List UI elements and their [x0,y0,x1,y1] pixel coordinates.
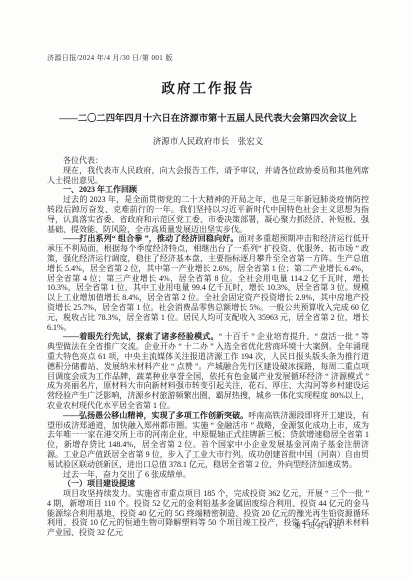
paragraph-lead: ——打出系列“ 组合拳 ”，推动了经济回稳向好。 [63,234,239,243]
author-byline: 济源市人民政府市长 张宏义 [47,135,369,147]
section-heading: （一）项目建设提速 [47,479,369,489]
paragraph: 过去一年，奋力交出了 6 张成绩单。 [47,470,369,480]
page-number-indicator: 第 1 页 共 11 页 [294,521,341,531]
paragraph: 过去的 2023 年，是全面贯彻党的二十大精神的开局之年，也是三年新冠肺炎疫情防… [47,195,369,234]
paragraph: 各位代表： [47,156,369,166]
paragraph-lead: ——着眼先行先试，探索了诸多经验模式。 [63,332,219,341]
paragraph-lead: ——弘扬愚公移山精神，实现了多项工作创新突破。 [63,411,248,420]
paragraph: 现在，我代表市人民政府，向大会报告工作，请予审议，并请各位政协委员和其他列席人士… [47,166,369,186]
document-subtitle: ——二〇二四年四月十六日在济源市第十五届人民代表大会第四次会议上 [47,110,369,124]
newspaper-source-line: 济源日报/2024 年/4 月/30 日/第 001 版 [47,53,369,63]
section-heading: 一、2023 年工作回顾 [47,185,369,195]
document-title: 政府工作报告 [47,77,369,97]
document-page: 济源日报/2024 年/4 月/30 日/第 001 版 政府工作报告 ——二〇… [0,0,410,580]
paragraph: ——打出系列“ 组合拳 ”，推动了经济回稳向好。面对多重超预期冲击和经济运行低开… [47,234,369,332]
document-body: 各位代表：现在，我代表市人民政府，向大会报告工作，请予审议，并请各位政协委员和其… [47,156,369,538]
paragraph: ——着眼先行先试，探索了诸多经验模式。“ 十百千 ” 企业培育提升、“ 盘活一批… [47,332,369,410]
paragraph: ——弘扬愚公移山精神，实现了多项工作创新突破。呼南高铁济源段即将开工建设，有望形… [47,411,369,470]
